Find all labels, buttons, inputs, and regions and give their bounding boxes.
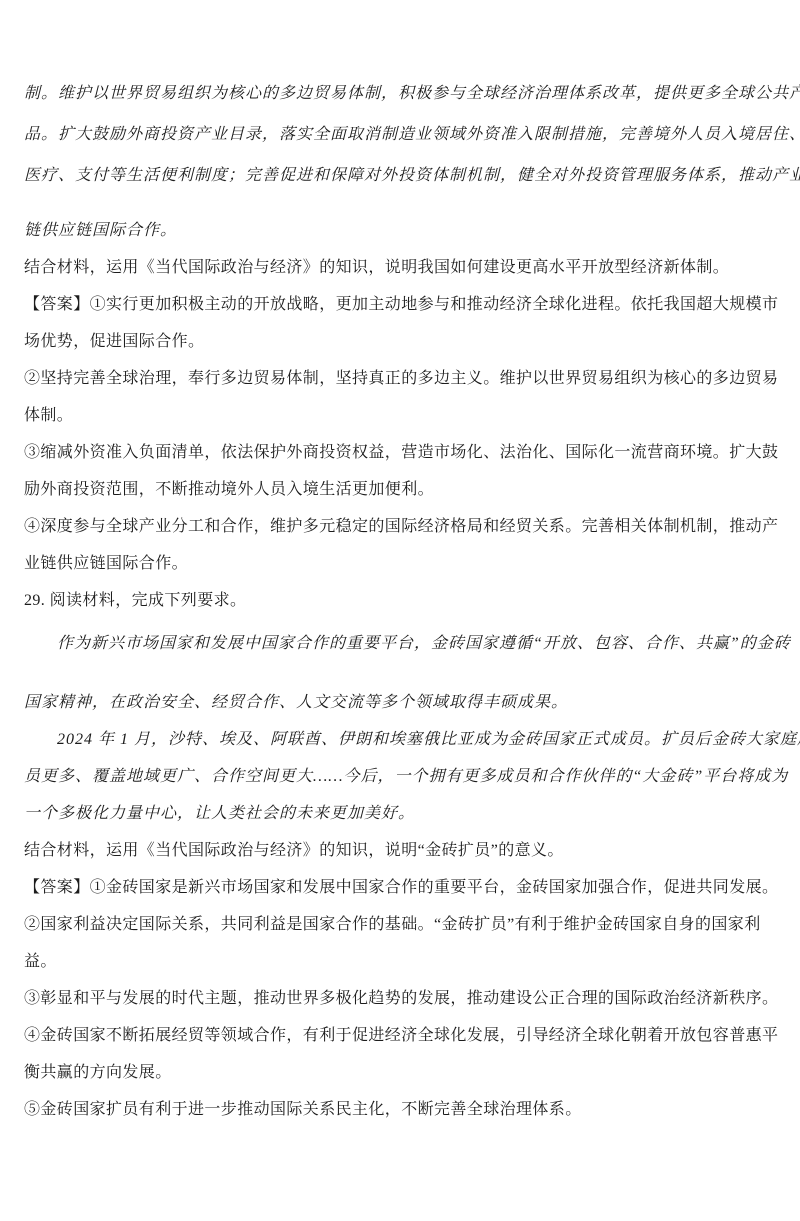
q29-answer-line: ④金砖国家不断拓展经贸等领域合作，有利于促进经济全球化发展，引导经济全球化朝着开… [24,1017,776,1054]
q28-answer-line: 体制。 [24,397,776,434]
q29-answer-line: ⑤金砖国家扩员有利于进一步推动国际关系民主化，不断完善全球治理体系。 [24,1091,776,1128]
q29-material-line: 员更多、覆盖地域更广、合作空间更大……今后，一个拥有更多成员和合作伙伴的“大金砖… [24,758,776,795]
q29-material-line: 作为新兴市场国家和发展中国家合作的重要平台，金砖国家遵循“开放、包容、合作、共赢… [24,625,776,662]
q28-answer-line: ③缩减外资准入负面清单，依法保护外商投资权益，营造市场化、法治化、国际化一流营商… [24,434,776,471]
q28-answer-line: ④深度参与全球产业分工和合作，维护多元稳定的国际经济格局和经贸关系。完善相关体制… [24,508,776,545]
q28-answer-line: ②坚持完善全球治理，奉行多边贸易体制，坚持真正的多边主义。维护以世界贸易组织为核… [24,360,776,397]
q29-material-line: 一个多极化力量中心，让人类社会的未来更加美好。 [24,795,776,832]
q28-material-line: 医疗、支付等生活便利制度；完善促进和保障对外投资体制机制，健全对外投资管理服务体… [24,157,776,194]
q29-heading: 29. 阅读材料，完成下列要求。 [24,582,776,619]
q28-answer-line: 励外商投资范围，不断推动境外人员入境生活更加便利。 [24,471,776,508]
document-page: 制。维护以世界贸易组织为核心的多边贸易体制，积极参与全球经济治理体系改革，提供更… [0,0,800,1221]
q28-question-prompt: 结合材料，运用《当代国际政治与经济》的知识，说明我国如何建设更高水平开放型经济新… [24,249,776,286]
q29-answer-line: 衡共赢的方向发展。 [24,1054,776,1091]
q29-answer-line: 【答案】①金砖国家是新兴市场国家和发展中国家合作的重要平台，金砖国家加强合作，促… [24,869,776,906]
q29-material-line: 国家精神，在政治安全、经贸合作、人文交流等多个领域取得丰硕成果。 [24,684,776,721]
q29-answer-line: ③彰显和平与发展的时代主题，推动世界多极化趋势的发展，推动建设公正合理的国际政治… [24,980,776,1017]
q28-answer-line: 业链供应链国际合作。 [24,545,776,582]
q28-material-line: 制。维护以世界贸易组织为核心的多边贸易体制，积极参与全球经济治理体系改革，提供更… [24,75,776,112]
q29-material-line: 2024 年 1 月，沙特、埃及、阿联酋、伊朗和埃塞俄比亚成为金砖国家正式成员。… [24,721,776,758]
q29-answer-line: ②国家利益决定国际关系，共同利益是国家合作的基础。“金砖扩员”有利于维护金砖国家… [24,906,776,943]
q29-answer-line: 益。 [24,943,776,980]
q29-question-prompt: 结合材料，运用《当代国际政治与经济》的知识，说明“金砖扩员”的意义。 [24,832,776,869]
q28-material-line: 链供应链国际合作。 [24,212,776,249]
document-content: 制。维护以世界贸易组织为核心的多边贸易体制，积极参与全球经济治理体系改革，提供更… [0,0,800,1128]
q28-answer-line: 场优势，促进国际合作。 [24,323,776,360]
q28-answer-line: 【答案】①实行更加积极主动的开放战略，更加主动地参与和推动经济全球化进程。依托我… [24,286,776,323]
q28-material-line: 品。扩大鼓励外商投资产业目录，落实全面取消制造业领域外资准入限制措施，完善境外人… [24,116,776,153]
